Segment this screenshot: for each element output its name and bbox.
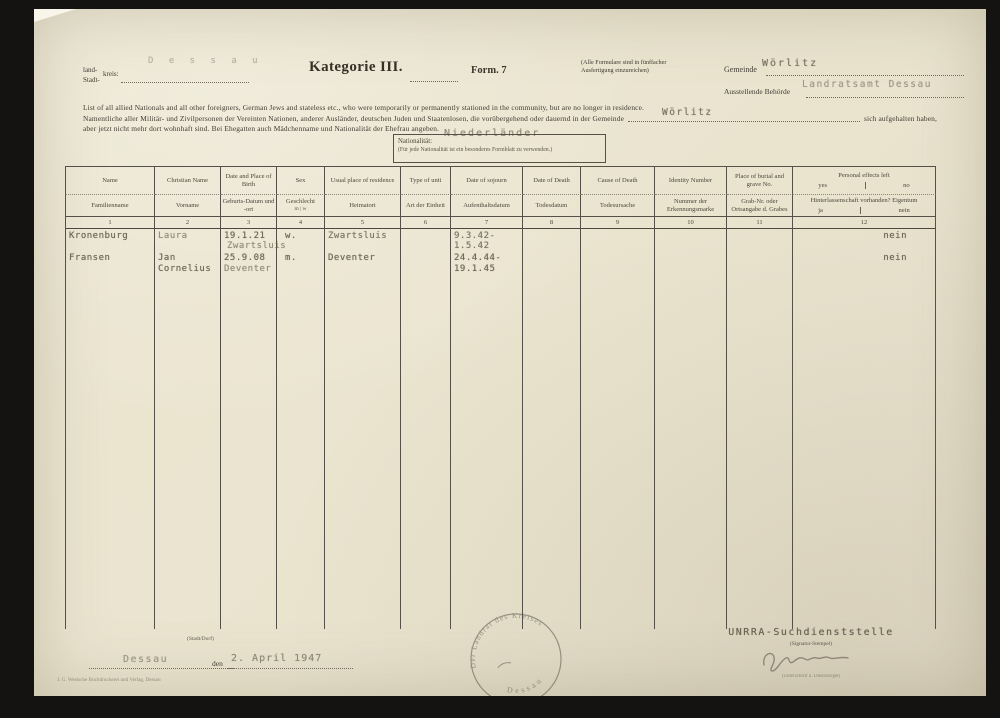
col-header-unit-de: Art der Einheit — [401, 195, 451, 217]
paper-corner-fold — [34, 9, 76, 22]
col-header-birth-en: Date and Place of Birth — [221, 167, 277, 195]
row1-sojourn-to: 1.5.42 — [454, 241, 490, 251]
col-header-sojourn-de: Aufenthaltsdatum — [451, 195, 523, 217]
col-num: 11 — [727, 217, 793, 229]
place-typed-value: Dessau — [123, 654, 168, 665]
col-header-death-date-de: Todesdatum — [523, 195, 581, 217]
body-col-death-date — [523, 229, 581, 629]
row2-sojourn-from: 24.4.44- — [454, 253, 501, 263]
body-col-effects: nein nein — [793, 229, 936, 629]
body-col-birth: 19.1.21 Zwartsluis 25.9.08 Deventer — [221, 229, 277, 629]
col-header-effects-de: Hinterlassenschaft vorhanden? Eigentum j… — [793, 195, 936, 217]
persons-table: Name Christian Name Date and Place of Bi… — [65, 166, 936, 629]
col-num: 3 — [221, 217, 277, 229]
body-col-firstname: Laura Jan Cornelius — [155, 229, 221, 629]
copies-note: (Alle Formulare sind in fünffacher Ausfe… — [581, 59, 711, 74]
copies-note-line2: Ausfertigung einzureichen) — [581, 67, 711, 75]
col-num: 9 — [581, 217, 655, 229]
svg-text:Der Landrat des Kreises: Der Landrat des Kreises — [466, 609, 552, 671]
row2-firstname-2: Cornelius — [158, 264, 211, 274]
col-header-identity-de: Nummer der Erkennungsmarke — [655, 195, 727, 217]
gemeinde-typed-value: Wörlitz — [762, 58, 818, 69]
col-header-sex-en: Sex — [277, 167, 325, 195]
row1-sex: w. — [285, 231, 297, 241]
intro-de-tail: sich aufgehalten haben, — [864, 114, 937, 125]
col-header-residence-de: Heimatort — [325, 195, 401, 217]
col-header-death-cause-en: Cause of Death — [581, 167, 655, 195]
date-typed-value: 2. April 1947 — [231, 653, 322, 664]
body-col-identity — [655, 229, 727, 629]
col-header-birth-de: Geburts-Datum und -ort — [221, 195, 277, 217]
kreis-typed-value: D e s s a u — [148, 56, 263, 66]
body-col-unit — [401, 229, 451, 629]
nationality-note: (Für jede Nationalität ist ein besondere… — [398, 147, 601, 153]
col-num: 2 — [155, 217, 221, 229]
place-hint-label: (Stadt/Dorf) — [187, 636, 214, 643]
col-num: 6 — [401, 217, 451, 229]
body-col-death-cause — [581, 229, 655, 629]
svg-text:Dessau: Dessau — [504, 673, 547, 696]
row1-sojourn-from: 9.3.42- — [454, 231, 495, 241]
copies-note-line1: (Alle Formulare sind in fünffacher — [581, 59, 711, 67]
col-header-death-date-en: Date of Death — [523, 167, 581, 195]
kreis-blank-line-2 — [410, 80, 458, 82]
body-col-burial — [727, 229, 793, 629]
authority-blank-line — [806, 96, 964, 98]
gemeinde-blank-line — [766, 74, 964, 76]
row1-residence: Zwartsluis — [328, 231, 387, 241]
form-number: Form. 7 — [471, 65, 507, 76]
form-category-title: Kategorie III. — [309, 59, 403, 76]
col-header-name-de: Familienname — [65, 195, 155, 217]
col-header-effects-en: Personal effects left yesno — [793, 167, 936, 195]
col-num: 12 — [793, 217, 936, 229]
date-blank-line — [228, 667, 353, 669]
col-header-residence-en: Usual place of residence — [325, 167, 401, 195]
row1-firstname: Laura — [158, 231, 188, 241]
col-num: 7 — [451, 217, 523, 229]
divider — [865, 182, 866, 189]
body-col-name: Kronenburg Fransen — [65, 229, 155, 629]
table-header-numbers: 1 2 3 4 5 6 7 8 9 10 11 12 — [65, 217, 936, 229]
body-col-residence: Zwartsluis Deventer — [325, 229, 401, 629]
col-header-firstname-en: Christian Name — [155, 167, 221, 195]
signature-stamp-hint: (Signatur-Stempel) — [706, 641, 916, 648]
authority-label: Ausstellende Behörde — [724, 87, 790, 96]
printer-imprint: J. G. Westsche Buchdruckerei und Verlag,… — [57, 677, 161, 684]
row2-sojourn-to: 19.1.45 — [454, 264, 495, 274]
row2-effects: nein — [883, 253, 907, 263]
row2-birth-date: 25.9.08 — [224, 253, 265, 263]
scanned-form: land- kreis: Stadt- D e s s a u Kategori… — [34, 9, 986, 696]
den-label: den — [212, 659, 223, 668]
gemeinde-label: Gemeinde — [724, 65, 757, 74]
divider — [860, 207, 861, 214]
row2-sex: m. — [285, 253, 297, 263]
col-header-burial-en: Place of burial and grave No. — [727, 167, 793, 195]
intro-blank-line — [628, 120, 860, 122]
col-num: 1 — [65, 217, 155, 229]
table-header-english: Name Christian Name Date and Place of Bi… — [65, 167, 936, 195]
signature-block: UNRRA-Suchdienststelle (Signatur-Stempel… — [706, 627, 916, 680]
col-header-name-en: Name — [65, 167, 155, 195]
office-typed-value: UNRRA-Suchdienststelle — [706, 627, 916, 638]
col-num: 4 — [277, 217, 325, 229]
signature-hint: (Unterschrift u. Dienstsiegel) — [706, 673, 916, 680]
body-col-sex: w. m. — [277, 229, 325, 629]
ja-nein-row: janein — [800, 207, 929, 215]
kreis-label-stadt: Stadt- — [83, 76, 100, 85]
col-header-death-cause-de: Todesursache — [581, 195, 655, 217]
scan-background: land- kreis: Stadt- D e s s a u Kategori… — [0, 0, 1000, 718]
body-col-sojourn: 9.3.42- 1.5.42 24.4.44- 19.1.45 — [451, 229, 523, 629]
col-num: 10 — [655, 217, 727, 229]
row2-name: Fransen — [69, 253, 110, 263]
row2-residence: Deventer — [328, 253, 375, 263]
row2-firstname: Jan — [158, 253, 176, 263]
table-header-german: Familienname Vorname Geburts-Datum und -… — [65, 195, 936, 217]
kreis-label-kreis: kreis: — [103, 70, 119, 79]
handwritten-signature — [756, 649, 866, 673]
intro-de-text: Namentliche aller Militär- und Zivilpers… — [83, 114, 624, 125]
col-header-identity-en: Identity Number — [655, 167, 727, 195]
row1-birth-date: 19.1.21 — [224, 231, 265, 241]
kreis-label-land: land- — [83, 66, 97, 75]
intro-line-de: Namentliche aller Militär- und Zivilpers… — [83, 114, 937, 125]
col-num: 8 — [523, 217, 581, 229]
row1-name: Kronenburg — [69, 231, 128, 241]
authority-typed-value: Landratsamt Dessau — [802, 79, 932, 90]
row1-effects: nein — [883, 231, 907, 241]
col-header-burial-de: Grab-Nr. oder Ortsangabe d. Grabes — [727, 195, 793, 217]
kreis-blank-line — [121, 81, 249, 83]
yes-no-row: yesno — [800, 182, 929, 190]
row2-birth-place: Deventer — [224, 264, 271, 274]
nationality-typed-value: Niederländer — [444, 128, 540, 139]
official-round-stamp: Der Landrat des Kreises Dessau — [466, 609, 566, 696]
col-num: 5 — [325, 217, 401, 229]
col-header-firstname-de: Vorname — [155, 195, 221, 217]
intro-line-en: List of all allied Nationals and all oth… — [83, 103, 937, 114]
nationality-label: Nationalität: — [398, 138, 601, 145]
table-body: Kronenburg Fransen Laura Jan Cornelius 1… — [65, 229, 936, 629]
col-header-sojourn-en: Date of sojourn — [451, 167, 523, 195]
intro-typed-gemeinde: Wörlitz — [662, 107, 713, 118]
col-header-sex-de: Geschlechtm | w — [277, 195, 325, 217]
col-header-unit-en: Type of unit — [401, 167, 451, 195]
